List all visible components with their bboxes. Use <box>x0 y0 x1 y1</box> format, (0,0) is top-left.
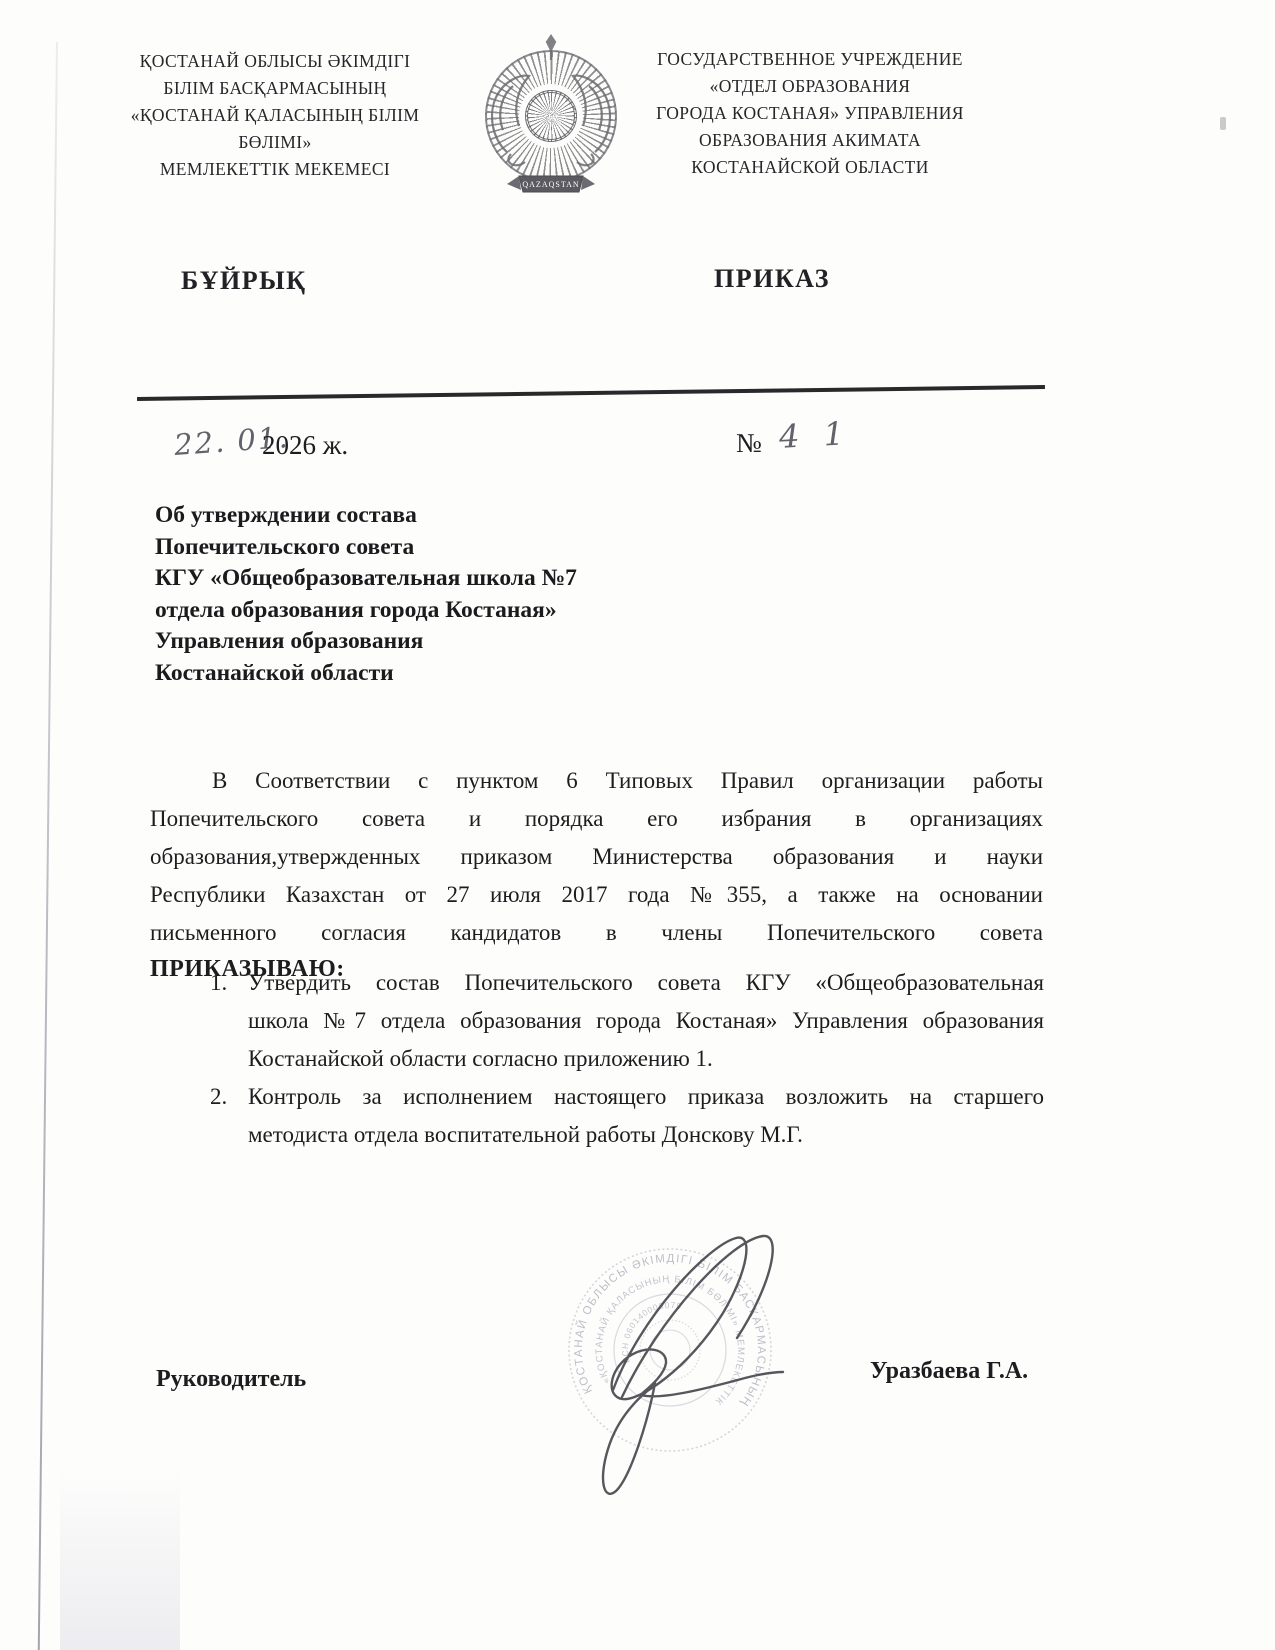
subject-line: Попечительского совета <box>155 532 577 564</box>
org-ru-line: ГОСУДАРСТВЕННОЕ УЧРЕЖДЕНИЕ <box>622 46 998 73</box>
scan-shadow <box>60 1470 180 1650</box>
signer-name: Уразбаева Г.А. <box>870 1358 1028 1385</box>
list-item-line: методиста отдела воспитательной работы Д… <box>248 1116 1044 1154</box>
signature <box>555 1178 825 1618</box>
org-ru-line: «ОТДЕЛ ОБРАЗОВАНИЯ <box>622 73 998 100</box>
emblem-banner-label: QAZAQSTAN <box>522 180 579 189</box>
org-kk-line: ҚОСТАНАЙ ОБЛЫСЫ ӘКІМДІГІ <box>108 48 442 75</box>
org-kk-line: БІЛІМ БАСҚАРМАСЫНЫҢ <box>108 75 442 102</box>
org-kk-line: «ҚОСТАНАЙ ҚАЛАСЫНЫҢ БІЛІМ <box>108 102 442 129</box>
org-kk-line: БӨЛІМІ» <box>108 129 442 156</box>
subject-line: КГУ «Общеобразовательная школа №7 <box>155 563 577 595</box>
order-heading-kazakh: БҰЙРЫҚ <box>181 266 306 296</box>
date-year-label: 2026 ж. <box>262 430 348 461</box>
list-item: 1. Утвердить состав Попечительского сове… <box>248 964 1044 1078</box>
subject-line: отдела образования города Костаная» <box>155 595 577 627</box>
order-heading-russian: ПРИКАЗ <box>714 264 830 294</box>
org-kk-line: МЕМЛЕКЕТТІК МЕКЕМЕСІ <box>108 156 442 183</box>
list-item-number: 1. <box>210 964 227 1002</box>
subject-line: Управления образования <box>155 626 577 658</box>
scan-speck <box>1220 117 1226 130</box>
scanned-order-document: ҚОСТАНАЙ ОБЛЫСЫ ӘКІМДІГІ БІЛІМ БАСҚАРМАС… <box>0 0 1275 1650</box>
number-sign: № <box>736 428 762 459</box>
subject-line: Костанайской области <box>155 658 577 690</box>
signer-position-title: Руководитель <box>156 1366 306 1393</box>
body-line: Попечительского совета и порядка его изб… <box>150 800 1043 838</box>
kazakhstan-emblem-icon: QAZAQSTAN <box>477 34 625 206</box>
org-ru-line: ОБРАЗОВАНИЯ АКИМАТА <box>622 127 998 154</box>
list-item-line: школа №7 отдела образования города Коста… <box>248 1002 1044 1040</box>
horizontal-rule <box>137 385 1045 400</box>
list-item-number: 2. <box>210 1078 227 1116</box>
org-ru-line: ГОРОДА КОСТАНАЯ» УПРАВЛЕНИЯ <box>622 100 998 127</box>
org-name-russian: ГОСУДАРСТВЕННОЕ УЧРЕЖДЕНИЕ «ОТДЕЛ ОБРАЗО… <box>622 46 998 181</box>
handwritten-order-number: 4 1 <box>778 414 852 456</box>
org-name-kazakh: ҚОСТАНАЙ ОБЛЫСЫ ӘКІМДІГІ БІЛІМ БАСҚАРМАС… <box>108 48 442 183</box>
body-line: Республики Казахстан от 27 июля 2017 год… <box>150 876 1043 914</box>
list-item-line: Костанайской области согласно приложению… <box>248 1040 1044 1078</box>
body-line: письменного согласия кандидатов в члены … <box>150 914 1043 952</box>
emblem-ornaments: QAZAQSTAN <box>477 34 625 206</box>
org-ru-line: КОСТАНАЙСКОЙ ОБЛАСТИ <box>622 154 998 181</box>
scan-fold-line <box>38 42 58 1650</box>
list-item-line: Контроль за исполнением настоящего прика… <box>248 1078 1044 1116</box>
list-item: 2. Контроль за исполнением настоящего пр… <box>248 1078 1044 1154</box>
subject-line: Об утверждении состава <box>155 500 577 532</box>
body-line: В Соответствии с пунктом 6 Типовых Прави… <box>150 762 1043 800</box>
order-body-paragraph: В Соответствии с пунктом 6 Типовых Прави… <box>150 762 1043 952</box>
list-item-line: Утвердить состав Попечительского совета … <box>248 964 1044 1002</box>
order-items-list: 1. Утвердить состав Попечительского сове… <box>248 964 1044 1154</box>
body-line: образования,утвержденных приказом Минист… <box>150 838 1043 876</box>
order-subject: Об утверждении состава Попечительского с… <box>155 500 577 689</box>
